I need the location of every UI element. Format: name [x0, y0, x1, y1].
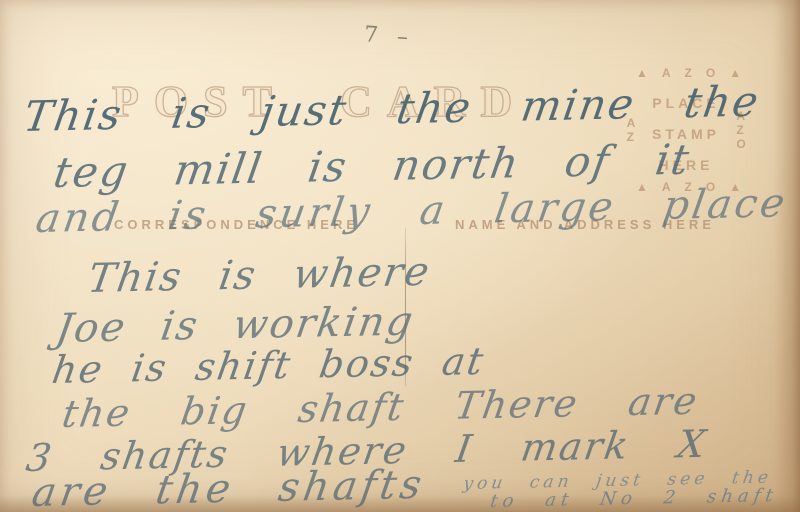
postcard-back: POST CARD 7 – ▲AZO▲ A Z PLACE STAMP HERE…: [0, 0, 800, 512]
card-edge-shading-right: [774, 0, 800, 512]
handwriting-line-4: This is where: [85, 249, 434, 302]
handwriting-line-9: are the shafts: [29, 462, 429, 512]
pencil-mark-top: 7 –: [363, 22, 415, 50]
